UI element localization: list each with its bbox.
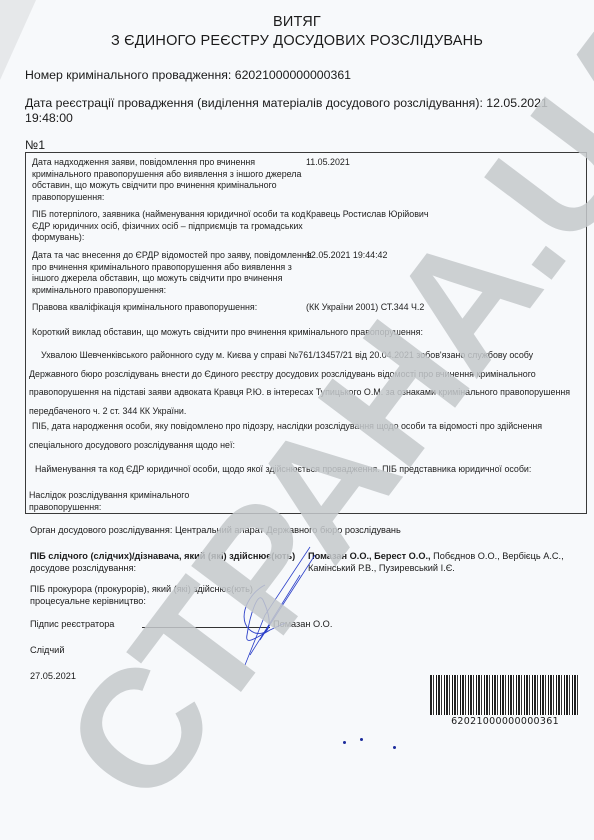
investigators-names: Помазан О.О., Берест О.О., Побєднов О.О.…	[308, 550, 564, 562]
row-label-victim: ПІБ потерпілого, заявника (найменування …	[32, 209, 312, 244]
position-title: Слідчий	[30, 644, 64, 656]
investigators-names-rest: Побєднов О.О., Вербієць А.С.,	[431, 551, 564, 561]
row-label-qualification: Правова кваліфікація кримінального право…	[32, 302, 332, 314]
investigators-label-cont: досудове розслідування:	[30, 562, 136, 574]
row-value-entry-datetime: 12.05.2021 19:44:42	[306, 250, 387, 262]
document-title: ВИТЯГ	[0, 14, 594, 30]
row-value-qualification: (КК України 2001) СТ.344 Ч.2	[306, 302, 424, 314]
document-page: ВИТЯГ З ЄДИНОГО РЕЄСТРУ ДОСУДОВИХ РОЗСЛІ…	[0, 0, 594, 840]
ink-dot	[343, 741, 346, 744]
row-value-receipt-date: 11.05.2021	[306, 157, 350, 169]
registration-time: 19:48:00	[25, 111, 73, 125]
prosecutor-label: ПІБ прокурора (прокурорів), який (які) з…	[30, 583, 253, 595]
ink-dot	[393, 746, 396, 749]
registrar-signature-label: Підпис реєстратора	[30, 618, 114, 630]
document-date: 27.05.2021	[30, 670, 76, 682]
signature-icon	[225, 545, 335, 675]
barcode	[430, 675, 580, 715]
row-label-receipt-date: Дата надходження заяви, повідомлення про…	[32, 157, 312, 204]
summary-label: Короткий виклад обставин, що можуть свід…	[32, 327, 577, 339]
entry-number: №1	[25, 138, 45, 152]
investigation-authority: Орган досудового розслідування: Централь…	[30, 524, 401, 536]
row-label-entry-datetime: Дата та час внесення до ЄРДР відомостей …	[32, 250, 312, 297]
summary-text: Ухвалою Шевченківського районного суду м…	[29, 346, 574, 420]
outcome-label: Наслідок розслідування кримінального пра…	[29, 490, 209, 513]
registration-date: Дата реєстрації провадження (виділення м…	[25, 96, 548, 110]
record-table: Дата надходження заяви, повідомлення про…	[25, 152, 587, 514]
prosecutor-label-cont: процесуальне керівництво:	[30, 595, 146, 607]
case-number: Номер кримінального провадження: 6202100…	[25, 68, 351, 82]
barcode-number: 62021000000000361	[430, 716, 580, 727]
ink-dot	[360, 738, 363, 741]
suspect-label: ПІБ, дата народження особи, яку повідомл…	[29, 417, 574, 454]
row-value-victim: Кравець Ростислав Юрійович	[306, 209, 429, 221]
legal-entity-label: Найменування та код ЄДР юридичної особи,…	[35, 464, 580, 476]
document-subtitle: З ЄДИНОГО РЕЄСТРУ ДОСУДОВИХ РОЗСЛІДУВАНЬ	[0, 33, 594, 49]
